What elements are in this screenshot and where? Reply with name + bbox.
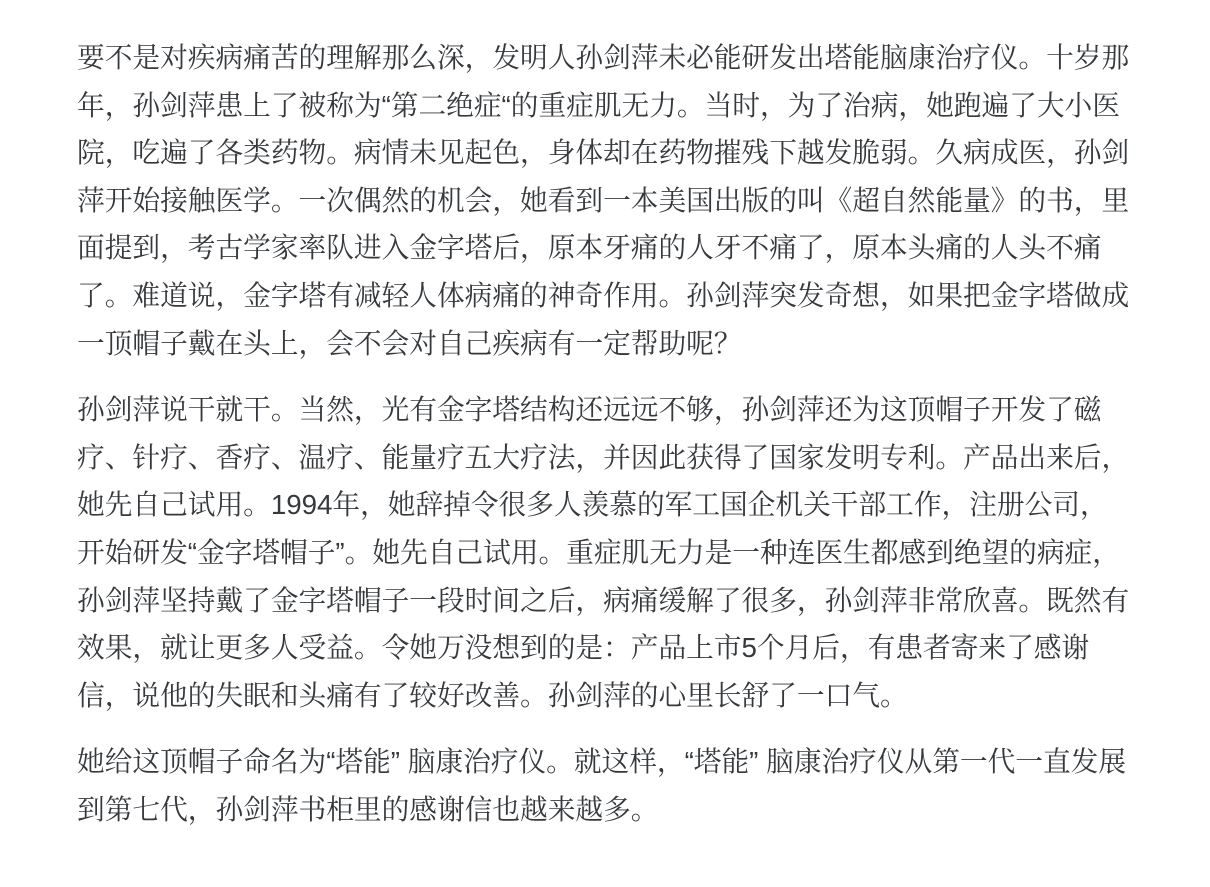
paragraph: 要不是对疾病痛苦的理解那么深，发明人孙剑萍未必能研发出塔能脑康治疗仪。十岁那年，…	[77, 34, 1134, 367]
paragraph: 她给这顶帽子命名为“塔能” 脑康治疗仪。就这样，“塔能” 脑康治疗仪从第一代一直…	[77, 738, 1134, 833]
article-text: 要不是对疾病痛苦的理解那么深，发明人孙剑萍未必能研发出塔能脑康治疗仪。十岁那年，…	[0, 0, 1135, 834]
document-page: 要不是对疾病痛苦的理解那么深，发明人孙剑萍未必能研发出塔能脑康治疗仪。十岁那年，…	[0, 0, 1210, 887]
paragraph: 孙剑萍说干就干。当然，光有金字塔结构还远远不够，孙剑萍还为这顶帽子开发了磁疗、针…	[77, 386, 1134, 719]
